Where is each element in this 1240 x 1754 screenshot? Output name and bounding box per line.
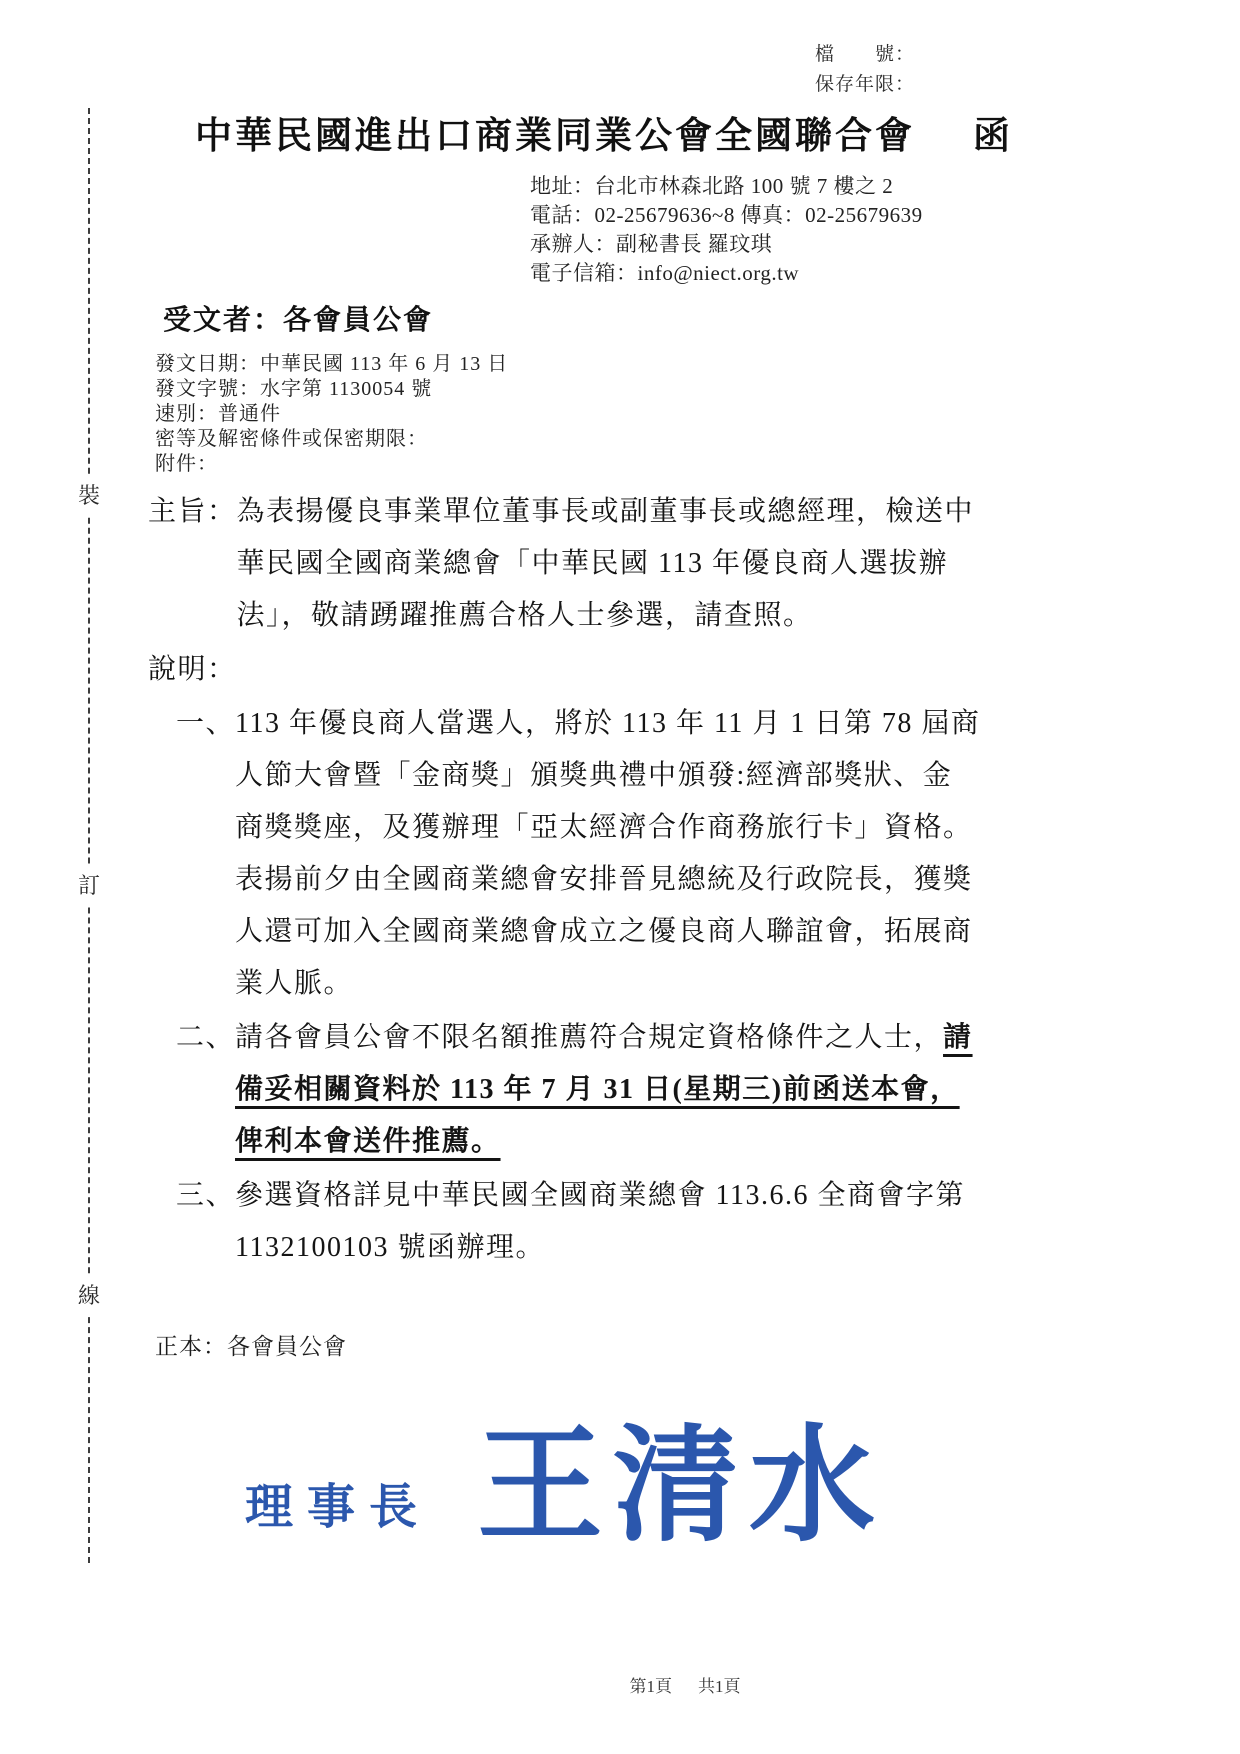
binding-margin: 裝 訂 線 [78,108,100,1563]
stamp-name: 王清水 [477,1425,885,1551]
document-meta-block: 發文日期：中華民國 113 年 6 月 13 日 發文字號：水字第 113005… [155,352,508,477]
item-line: 113 年優良商人當選人，將於 113 年 11 月 1 日第 78 屆商 [235,698,1108,750]
speed-line: 速別：普通件 [155,402,508,427]
security-line: 密等及解密條件或保密期限： [155,427,508,452]
item-line: 人還可加入全國商業總會成立之優良商人聯誼會，拓展商 [235,906,1108,958]
binding-mark-xian: 線 [78,1276,100,1316]
org-name: 中華民國進出口商業同業公會全國聯合會 [195,105,915,159]
subject-label: 主旨： [148,486,237,538]
copy-to-line: 正本：各會員公會 [155,1328,347,1361]
chairman-signature-stamp: 理事長 王清水 [245,1425,885,1551]
issue-number-line: 發文字號：水字第 1130054 號 [155,377,508,402]
item-text: 請各會員公會不限名額推薦符合規定資格條件之人士，請 備妥相關資料於 113 年 … [235,1012,1108,1168]
item-number: 三、 [176,1170,235,1274]
item-line-normal: 請各會員公會不限名額推薦符合規定資格條件之人士， [235,1022,943,1053]
contact-person-line: 承辦人：副秘書長 羅玟琪 [530,230,923,259]
attachment-line: 附件： [155,452,508,477]
email-line: 電子信箱：info@niect.org.tw [530,259,923,288]
item-number: 二、 [176,1012,235,1168]
item-line-emphasis: 俾利本會送件推薦。 [235,1126,501,1157]
filing-block: 檔 號： 保存年限： [815,40,915,100]
description-label: 說明： [148,644,1108,696]
item-line: 1132100103 號函辦理。 [235,1222,1108,1274]
retention-period-label: 保存年限： [815,70,915,100]
doc-type: 函 [973,105,1013,159]
item-line: 備妥相關資料於 113 年 7 月 31 日(星期三)前函送本會， [235,1064,1108,1116]
item-line: 請各會員公會不限名額推薦符合規定資格條件之人士，請 [235,1012,1108,1064]
item-line: 業人脈。 [235,958,1108,1010]
recipient-line: 受文者：各會員公會 [163,298,433,338]
subject-text: 為表揚優良事業單位董事長或副董事長或總經理，檢送中 華民國全國商業總會「中華民國… [237,486,1108,642]
description-item-1: 一、 113 年優良商人當選人，將於 113 年 11 月 1 日第 78 屆商… [176,698,1108,1010]
item-line: 商獎獎座，及獲辦理「亞太經濟合作商務旅行卡」資格。 [235,802,1108,854]
item-line-emphasis: 備妥相關資料於 113 年 7 月 31 日(星期三)前函送本會， [235,1074,960,1105]
binding-mark-zhuang: 裝 [78,476,100,516]
sender-info-block: 地址：台北市林森北路 100 號 7 樓之 2 電話：02-25679636~8… [530,172,923,288]
item-line-emphasis: 請 [943,1022,973,1053]
file-number-label: 檔 號： [815,40,915,70]
item-line: 參選資格詳見中華民國全國商業總會 113.6.6 全商會字第 [235,1170,1108,1222]
description-item-3: 三、 參選資格詳見中華民國全國商業總會 113.6.6 全商會字第 113210… [176,1170,1108,1274]
item-line: 人節大會暨「金商獎」頒獎典禮中頒發:經濟部獎狀、金 [235,750,1108,802]
item-number: 一、 [176,698,235,1010]
subject-paragraph: 主旨： 為表揚優良事業單位董事長或副董事長或總經理，檢送中 華民國全國商業總會「… [148,486,1108,642]
binding-mark-ding: 訂 [78,866,100,906]
letter-body: 主旨： 為表揚優良事業單位董事長或副董事長或總經理，檢送中 華民國全國商業總會「… [148,486,1108,1274]
document-title: 中華民國進出口商業同業公會全國聯合會 函 [195,105,1095,159]
page-footer: 第1頁 共1頁 [630,1672,741,1697]
subject-line: 為表揚優良事業單位董事長或副董事長或總經理，檢送中 [237,486,1108,538]
page-number: 第1頁 [630,1672,673,1697]
item-text: 參選資格詳見中華民國全國商業總會 113.6.6 全商會字第 113210010… [235,1170,1108,1274]
address-line: 地址：台北市林森北路 100 號 7 樓之 2 [530,172,923,201]
total-pages: 共1頁 [698,1672,741,1697]
description-item-2: 二、 請各會員公會不限名額推薦符合規定資格條件之人士，請 備妥相關資料於 113… [176,1012,1108,1168]
official-letter-page: 裝 訂 線 檔 號： 保存年限： 中華民國進出口商業同業公會全國聯合會 函 地址… [0,0,1240,1754]
issue-date-line: 發文日期：中華民國 113 年 6 月 13 日 [155,352,508,377]
phone-fax-line: 電話：02-25679636~8 傳真：02-25679639 [530,201,923,230]
item-line: 俾利本會送件推薦。 [235,1116,1108,1168]
subject-line: 法」，敬請踴躍推薦合格人士參選，請查照。 [237,590,1108,642]
stamp-title: 理事長 [245,1468,431,1537]
binding-dashed-rule [88,108,90,1563]
item-line: 表揚前夕由全國商業總會安排晉見總統及行政院長，獲獎 [235,854,1108,906]
item-text: 113 年優良商人當選人，將於 113 年 11 月 1 日第 78 屆商 人節… [235,698,1108,1010]
subject-line: 華民國全國商業總會「中華民國 113 年優良商人選拔辦 [237,538,1108,590]
